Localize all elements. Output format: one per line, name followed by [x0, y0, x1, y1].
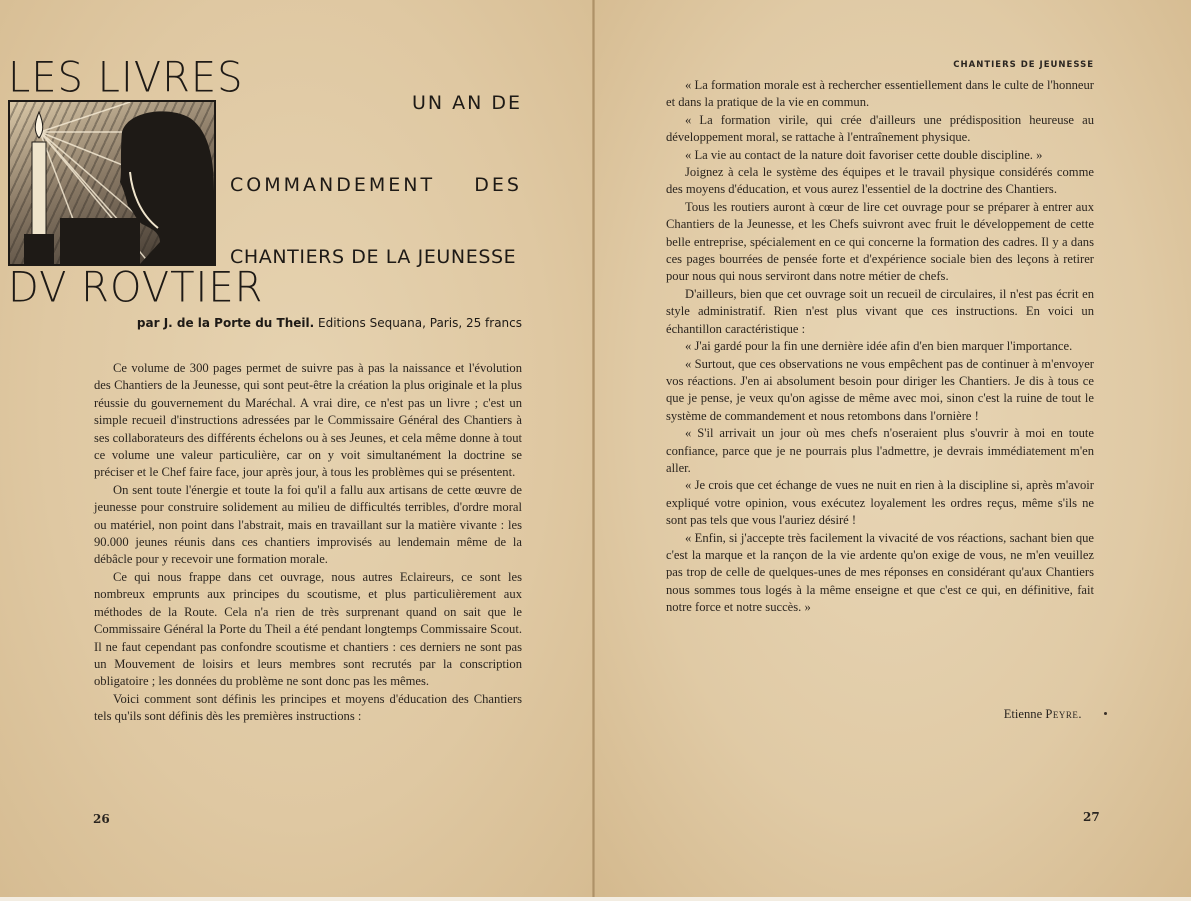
paragraph: « La vie au contact de la nature doit fa…: [666, 147, 1094, 164]
les-livres-du-routier-logo: LES LIVRES: [8, 58, 216, 308]
paragraph: Ce volume de 300 pages permet de suivre …: [94, 360, 522, 482]
book-spine: [592, 0, 595, 897]
paragraph: Joignez à cela le système des équipes et…: [666, 164, 1094, 199]
paragraph: « La formation virile, qui crée d'ailleu…: [666, 112, 1094, 147]
paragraph: « S'il arrivait un jour où mes chefs n'o…: [666, 425, 1094, 477]
paragraph: « Enfin, si j'accepte très facilement la…: [666, 530, 1094, 617]
paragraph: Ce qui nous frappe dans cet ouvrage, nou…: [94, 569, 522, 691]
paragraph: « J'ai gardé pour la fin une dernière id…: [666, 338, 1094, 355]
left-page: LES LIVRES: [0, 0, 594, 897]
paragraph: Tous les routiers auront à cœur de lire …: [666, 199, 1094, 286]
page-number-left: 26: [93, 812, 110, 826]
paragraph: « La formation morale est à rechercher e…: [666, 77, 1094, 112]
signature-last-name: Peyre.: [1045, 707, 1082, 721]
paragraph: « Je crois que cet échange de vues ne nu…: [666, 477, 1094, 529]
title-line-3: CHANTIERS DE LA JEUNESSE: [230, 246, 516, 268]
paragraph: « Surtout, que ces observations ne vous …: [666, 356, 1094, 426]
byline-author: par J. de la Porte du Theil.: [137, 316, 314, 330]
left-body-text: Ce volume de 300 pages permet de suivre …: [94, 360, 522, 726]
running-head: CHANTIERS DE JEUNESSE: [900, 60, 1094, 70]
title-line-2-a: COMMANDEMENT: [230, 174, 435, 196]
title-line-1: UN AN DE: [412, 92, 522, 114]
byline-publisher: Editions Sequana, Paris, 25 francs: [318, 316, 522, 330]
title-line-2: COMMANDEMENT DES: [230, 174, 522, 196]
page-number-right: 27: [1083, 810, 1100, 824]
logo-bottom-text: DV ROVTIER: [8, 267, 216, 309]
right-body-text: « La formation morale est à rechercher e…: [666, 77, 1094, 617]
scan-bottom-edge: [0, 897, 1191, 901]
paragraph: D'ailleurs, bien que cet ouvrage soit un…: [666, 286, 1094, 338]
ornament-dot: [1104, 712, 1107, 715]
candle-silhouette-icon: [10, 102, 214, 264]
candle-reader-illustration: [8, 100, 216, 266]
signature-first-name: Etienne: [1004, 707, 1042, 721]
byline: par J. de la Porte du Theil. Editions Se…: [100, 316, 522, 330]
title-line-2-b: DES: [474, 174, 522, 196]
author-signature: Etienne Peyre.: [900, 707, 1082, 722]
paragraph: Voici comment sont définis les principes…: [94, 691, 522, 726]
paragraph: On sent toute l'énergie et toute la foi …: [94, 482, 522, 569]
logo-top-text: LES LIVRES: [8, 57, 216, 99]
